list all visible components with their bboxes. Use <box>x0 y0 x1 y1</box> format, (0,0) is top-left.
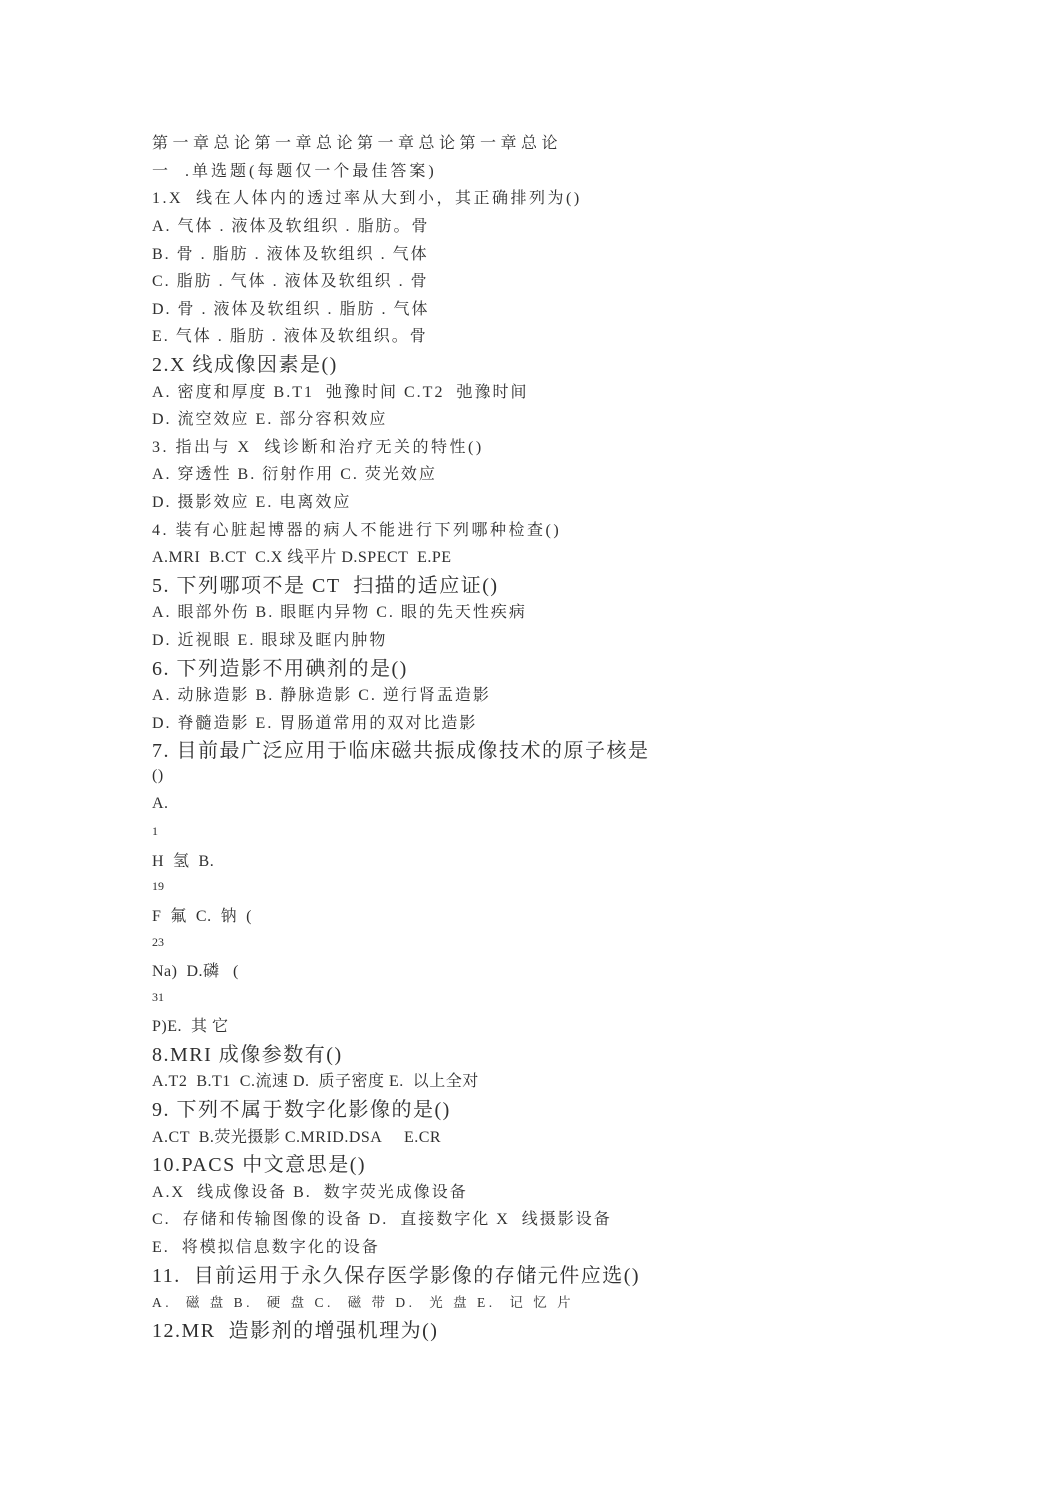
question-11: 11. 目前运用于永久保存医学影像的存储元件应选() <box>152 1259 1016 1287</box>
question-10-options-cd: C. 存储和传输图像的设备 D. 直接数字化 X 线摄影设备 <box>152 1204 1016 1232</box>
question-2-options-abc: A. 密度和厚度 B.T1 弛豫时间 C.T2 弛豫时间 <box>152 376 1016 404</box>
section-heading: 一 .单选题(每题仅一个最佳答案) <box>152 156 1016 184</box>
chapter-title: 第一章总论第一章总论第一章总论第一章总论 <box>152 128 1016 156</box>
question-8-options: A.T2 B.T1 C.流速 D. 质子密度 E. 以上全对 <box>152 1066 1016 1094</box>
question-1-option-e: E. 气体 . 脂肪 . 液体及软组织。骨 <box>152 321 1016 349</box>
question-10-options-ab: A.X 线成像设备 B. 数字荧光成像设备 <box>152 1177 1016 1205</box>
question-2: 2.X 线成像因素是() <box>152 349 1016 377</box>
question-6: 6. 下列造影不用碘剂的是() <box>152 652 1016 680</box>
document-page: 第一章总论第一章总论第一章总论第一章总论一 .单选题(每题仅一个最佳答案)1.X… <box>0 0 1056 1493</box>
question-9-options: A.CT B.荧光摄影 C.MRID.DSA E.CR <box>152 1121 1016 1149</box>
question-11-options: A. 磁 盘 B. 硬 盘 C. 磁 带 D. 光 盘 E. 记 忆 片 <box>152 1287 1016 1315</box>
question-7-superscript-23: 23 <box>152 928 1016 956</box>
question-7-superscript-31: 31 <box>152 983 1016 1011</box>
question-3-options-de: D. 摄影效应 E. 电离效应 <box>152 487 1016 515</box>
question-4-options: A.MRI B.CT C.X 线平片 D.SPECT E.PE <box>152 542 1016 570</box>
question-5-options-de: D. 近视眼 E. 眼球及眶内肿物 <box>152 625 1016 653</box>
question-7-superscript-19: 19 <box>152 873 1016 901</box>
question-8: 8.MRI 成像参数有() <box>152 1039 1016 1067</box>
question-2-options-de: D. 流空效应 E. 部分容积效应 <box>152 404 1016 432</box>
question-3: 3. 指出与 X 线诊断和治疗无关的特性() <box>152 432 1016 460</box>
question-10: 10.PACS 中文意思是() <box>152 1149 1016 1177</box>
question-7-option-a-b: H 氢 B. <box>152 845 1016 873</box>
question-4: 4. 装有心脏起博器的病人不能进行下列哪种检查() <box>152 514 1016 542</box>
question-12: 12.MR 造影剂的增强机理为() <box>152 1315 1016 1343</box>
question-1-option-c: C. 脂肪 . 气体 . 液体及软组织 . 骨 <box>152 266 1016 294</box>
question-7-option-c-d: Na) D.磷 ( <box>152 956 1016 984</box>
question-5-options-abc: A. 眼部外伤 B. 眼眶内异物 C. 眼的先天性疾病 <box>152 597 1016 625</box>
question-1-option-b: B. 骨 . 脂肪 . 液体及软组织 . 气体 <box>152 238 1016 266</box>
question-3-options-abc: A. 穿透性 B. 衍射作用 C. 荧光效应 <box>152 459 1016 487</box>
question-7-parenthesis: () <box>152 763 1016 791</box>
question-7: 7. 目前最广泛应用于临床磁共振成像技术的原子核是 <box>152 735 1016 763</box>
question-9: 9. 下列不属于数字化影像的是() <box>152 1094 1016 1122</box>
question-7-option-d-e: P)E. 其 它 <box>152 1011 1016 1039</box>
question-1: 1.X 线在人体内的透过率从大到小，其正确排列为() <box>152 183 1016 211</box>
question-7-superscript-1: 1 <box>152 818 1016 846</box>
question-10-option-e: E. 将模拟信息数字化的设备 <box>152 1232 1016 1260</box>
question-5: 5. 下列哪项不是 CT 扫描的适应证() <box>152 570 1016 598</box>
question-1-option-a: A. 气体 . 液体及软组织 . 脂肪。骨 <box>152 211 1016 239</box>
question-6-options-de: D. 脊髓造影 E. 胃肠道常用的双对比造影 <box>152 707 1016 735</box>
question-7-option-a-label: A. <box>152 790 1016 818</box>
document-lines: 第一章总论第一章总论第一章总论第一章总论一 .单选题(每题仅一个最佳答案)1.X… <box>152 128 1016 1342</box>
question-7-option-b-c: F 氟 C. 钠 ( <box>152 901 1016 929</box>
question-6-options-abc: A. 动脉造影 B. 静脉造影 C. 逆行肾盂造影 <box>152 680 1016 708</box>
question-1-option-d: D. 骨 . 液体及软组织 . 脂肪 . 气体 <box>152 294 1016 322</box>
